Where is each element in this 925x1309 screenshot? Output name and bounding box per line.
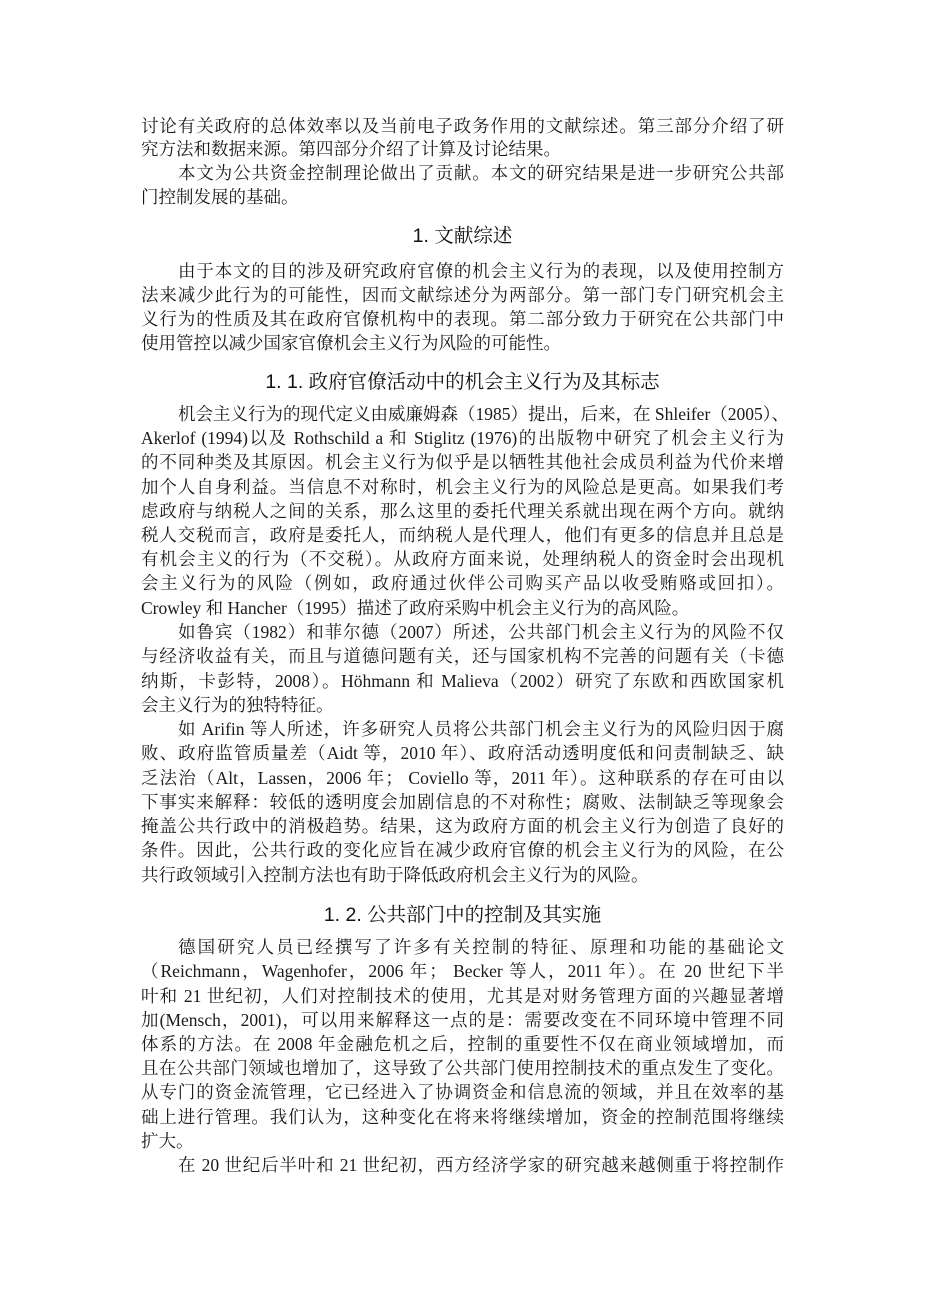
paragraph-line: 叶和 21 世纪初，人们对控制技术的使用，尤其是对财务管理方面的兴趣显著增 <box>141 984 784 1008</box>
paragraph-line: 如 Arifin 等人所述，许多研究人员将公共部门机会主义行为的风险归因于腐 <box>178 717 784 741</box>
section-heading-1-1: 1. 1. 政府官僚活动中的机会主义行为及其标志 <box>141 369 784 395</box>
paragraph-line: 败、政府监管质量差（Aidt 等，2010 年）、政府活动透明度低和问责制缺乏、… <box>141 741 784 765</box>
paragraph-line: 会主义行为的独特特征。 <box>141 693 784 717</box>
paragraph-line: 础上进行管理。我们认为，这种变化在将来将继续增加，资金的控制范围将继续 <box>141 1105 784 1129</box>
paragraph-line: 纳斯，卡彭特，2008）。Höhmann 和 Malieva（2002）研究了东… <box>141 669 784 693</box>
paragraph-line: （Reichmann，Wagenhofer，2006 年； Becker 等人，… <box>141 959 784 983</box>
paragraph-line: 共行政领域引入控制方法也有助于降低政府机会主义行为的风险。 <box>141 863 784 887</box>
paragraph-line: 究方法和数据来源。第四部分介绍了计算及讨论结果。 <box>141 137 784 161</box>
section-heading-literature-review: 1. 文献综述 <box>141 223 784 249</box>
paragraph-line: 本文为公共资金控制理论做出了贡献。本文的研究结果是进一步研究公共部 <box>178 161 784 185</box>
paragraph-line: 在 20 世纪后半叶和 21 世纪初，西方经济学家的研究越来越侧重于将控制作 <box>178 1153 784 1177</box>
paragraph-line: 德国研究人员已经撰写了许多有关控制的特征、原理和功能的基础论文 <box>178 935 784 959</box>
section-heading-1-2: 1. 2. 公共部门中的控制及其实施 <box>141 902 784 928</box>
paragraph-line: 体系的方法。在 2008 年金融危机之后，控制的重要性不仅在商业领域增加，而 <box>141 1032 784 1056</box>
paragraph-line: 从专门的资金流管理，它已经进入了协调资金和信息流的领域，并且在效率的基 <box>141 1080 784 1104</box>
paragraph-line: 加(Mensch，2001)，可以用来解释这一点的是：需要改变在不同环境中管理不… <box>141 1008 784 1032</box>
paragraph-line: 使用管控以减少国家官僚机会主义行为风险的可能性。 <box>141 331 784 355</box>
paragraph-line: 讨论有关政府的总体效率以及当前电子政务作用的文献综述。第三部分介绍了研 <box>141 114 784 138</box>
paragraph-line: 会主义行为的风险（例如，政府通过伙伴公司购买产品以收受贿赂或回扣）。 <box>141 571 784 595</box>
paragraph-line: 下事实来解释：较低的透明度会加剧信息的不对称性；腐败、法制缺乏等现象会 <box>141 790 784 814</box>
paragraph-line: 有机会主义的行为（不交税）。从政府方面来说，处理纳税人的资金时会出现机 <box>141 547 784 571</box>
paragraph-line: 由于本文的目的涉及研究政府官僚的机会主义行为的表现，以及使用控制方 <box>178 259 784 283</box>
paragraph-line: 扩大。 <box>141 1129 784 1153</box>
paragraph-line: 与经济收益有关，而且与道德问题有关，还与国家机构不完善的问题有关（卡德 <box>141 644 784 668</box>
paragraph-line: 机会主义行为的现代定义由威廉姆森（1985）提出，后来，在 Shleifer（2… <box>178 402 784 426</box>
paragraph-line: 义行为的性质及其在政府官僚机构中的表现。第二部分致力于研究在公共部门中 <box>141 307 784 331</box>
paragraph-line: 掩盖公共行政中的消极趋势。结果，这为政府方面的机会主义行为创造了良好的 <box>141 814 784 838</box>
paragraph-line: 门控制发展的基础。 <box>141 185 784 209</box>
paragraph-line: 加个人自身利益。当信息不对称时，机会主义行为的风险总是更高。如果我们考 <box>141 475 784 499</box>
paragraph-line: Crowley 和 Hancher（1995）描述了政府采购中机会主义行为的高风… <box>141 596 784 620</box>
paragraph-line: 虑政府与纳税人之间的关系，那么这里的委托代理关系就出现在两个方向。就纳 <box>141 499 784 523</box>
paragraph-line: 的不同种类及其原因。机会主义行为似乎是以牺牲其他社会成员利益为代价来增 <box>141 450 784 474</box>
document-page: 讨论有关政府的总体效率以及当前电子政务作用的文献综述。第三部分介绍了研 究方法和… <box>0 0 925 1309</box>
paragraph-line: 如鲁宾（1982）和菲尔德（2007）所述，公共部门机会主义行为的风险不仅 <box>178 620 784 644</box>
paragraph-line: Akerlof (1994)以及 Rothschild a 和 Stiglitz… <box>141 426 784 450</box>
paragraph-line: 条件。因此，公共行政的变化应旨在减少政府官僚的机会主义行为的风险，在公 <box>141 838 784 862</box>
paragraph-line: 乏法治（Alt，Lassen，2006 年； Coviello 等，2011 年… <box>141 766 784 790</box>
paragraph-line: 法来减少此行为的可能性，因而文献综述分为两部分。第一部门专门研究机会主 <box>141 283 784 307</box>
paragraph-line: 税人交税而言，政府是委托人，而纳税人是代理人，他们有更多的信息并且总是 <box>141 523 784 547</box>
paragraph-line: 且在公共部门领域也增加了，这导致了公共部门使用控制技术的重点发生了变化。 <box>141 1056 784 1080</box>
